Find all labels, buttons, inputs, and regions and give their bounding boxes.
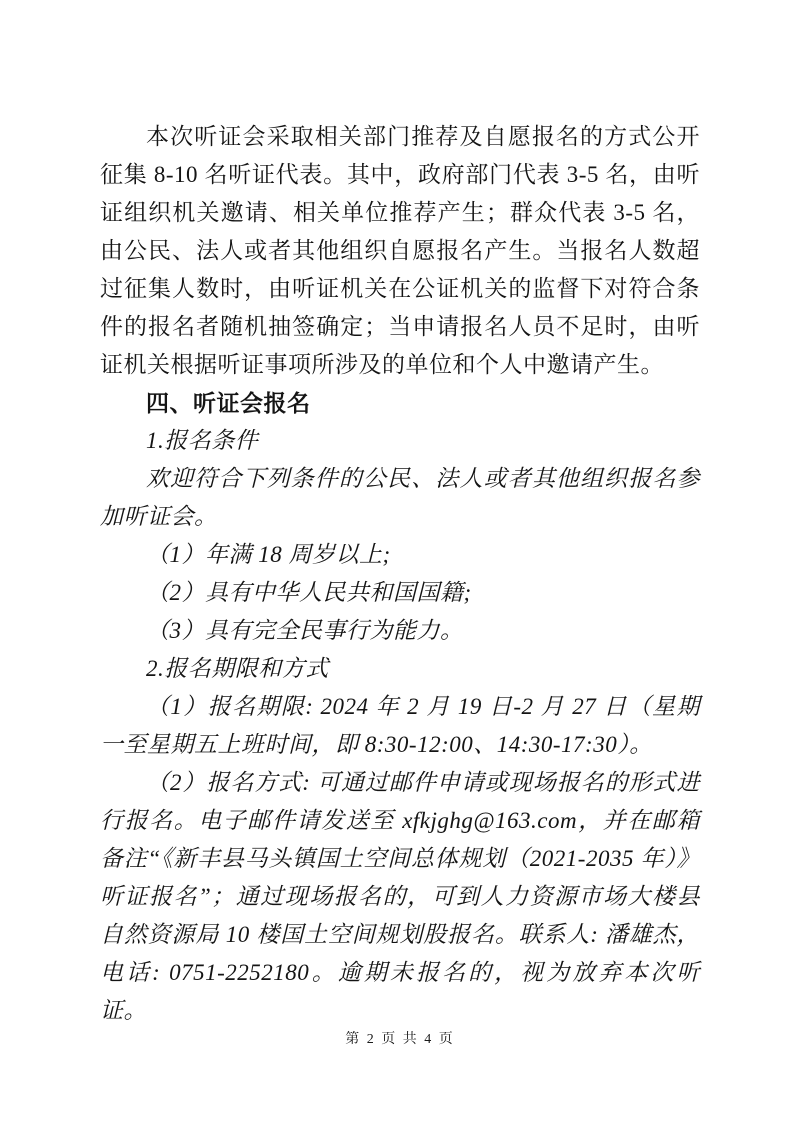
paragraph-registration-period: （1）报名期限: 2024 年 2 月 19 日-2 月 27 日（星期一至星期… (100, 688, 700, 764)
section-heading-hearing-registration: 四、听证会报名 (100, 384, 700, 422)
subheading-registration-period-method: 2.报名期限和方式 (100, 650, 700, 688)
subheading-registration-conditions: 1.报名条件 (100, 422, 700, 460)
list-item-condition-nationality: （2）具有中华人民共和国国籍; (100, 574, 700, 612)
paragraph-welcome-conditions: 欢迎符合下列条件的公民、法人或者其他组织报名参加听证会。 (100, 460, 700, 536)
list-item-condition-capacity: （3）具有完全民事行为能力。 (100, 612, 700, 650)
document-page: 本次听证会采取相关部门推荐及自愿报名的方式公开征集 8-10 名听证代表。其中，… (0, 0, 800, 1132)
paragraph-representative-selection: 本次听证会采取相关部门推荐及自愿报名的方式公开征集 8-10 名听证代表。其中，… (100, 118, 700, 384)
paragraph-registration-method: （2）报名方式: 可通过邮件申请或现场报名的形式进行报名。电子邮件请发送至 xf… (100, 764, 700, 1030)
document-body: 本次听证会采取相关部门推荐及自愿报名的方式公开征集 8-10 名听证代表。其中，… (100, 118, 700, 1030)
list-item-condition-age: （1）年满 18 周岁以上; (100, 536, 700, 574)
page-number: 第 2 页 共 4 页 (0, 1028, 800, 1048)
